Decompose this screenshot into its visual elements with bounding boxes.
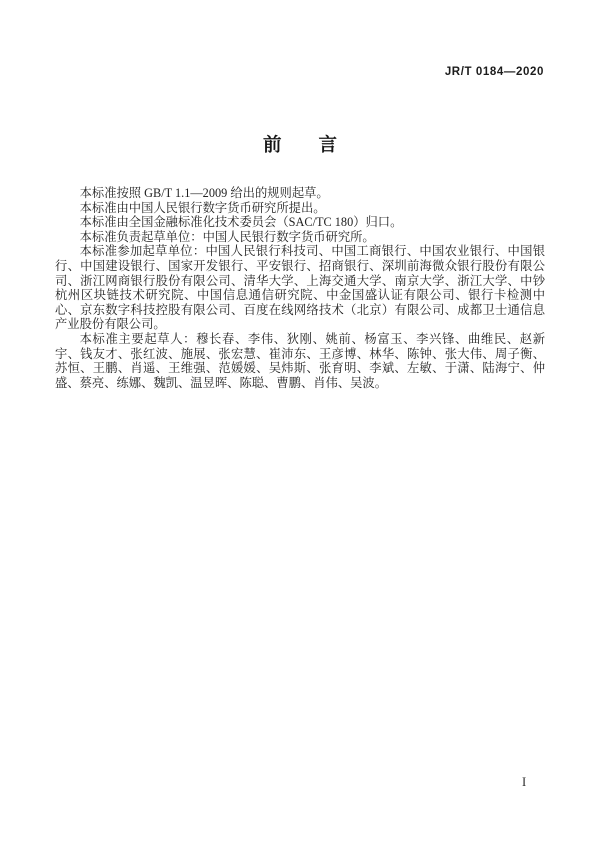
foreword-body: 本标准按照 GB/T 1.1—2009 给出的规则起草。 本标准由中国人民银行数…	[55, 186, 545, 390]
foreword-title: 前 言	[0, 131, 600, 157]
standard-number-header: JR/T 0184—2020	[55, 66, 544, 78]
document-page: JR/T 0184—2020 前 言 本标准按照 GB/T 1.1—2009 给…	[0, 0, 600, 849]
page-number: I	[522, 775, 526, 790]
foreword-paragraph-lead-drafting-unit: 本标准负责起草单位：中国人民银行数字货币研究所。	[55, 230, 545, 245]
foreword-paragraph-participating-units: 本标准参加起草单位：中国人民银行科技司、中国工商银行、中国农业银行、中国银行、中…	[55, 244, 545, 332]
foreword-paragraph-proposed-by: 本标准由中国人民银行数字货币研究所提出。	[55, 201, 545, 216]
foreword-paragraph-drafting-rules: 本标准按照 GB/T 1.1—2009 给出的规则起草。	[55, 186, 545, 201]
foreword-paragraph-main-drafters: 本标准主要起草人：穆长春、李伟、狄刚、姚前、杨富玉、李兴锋、曲维民、赵新宇、钱友…	[55, 332, 545, 390]
foreword-paragraph-centralized-by: 本标准由全国金融标准化技术委员会（SAC/TC 180）归口。	[55, 215, 545, 230]
